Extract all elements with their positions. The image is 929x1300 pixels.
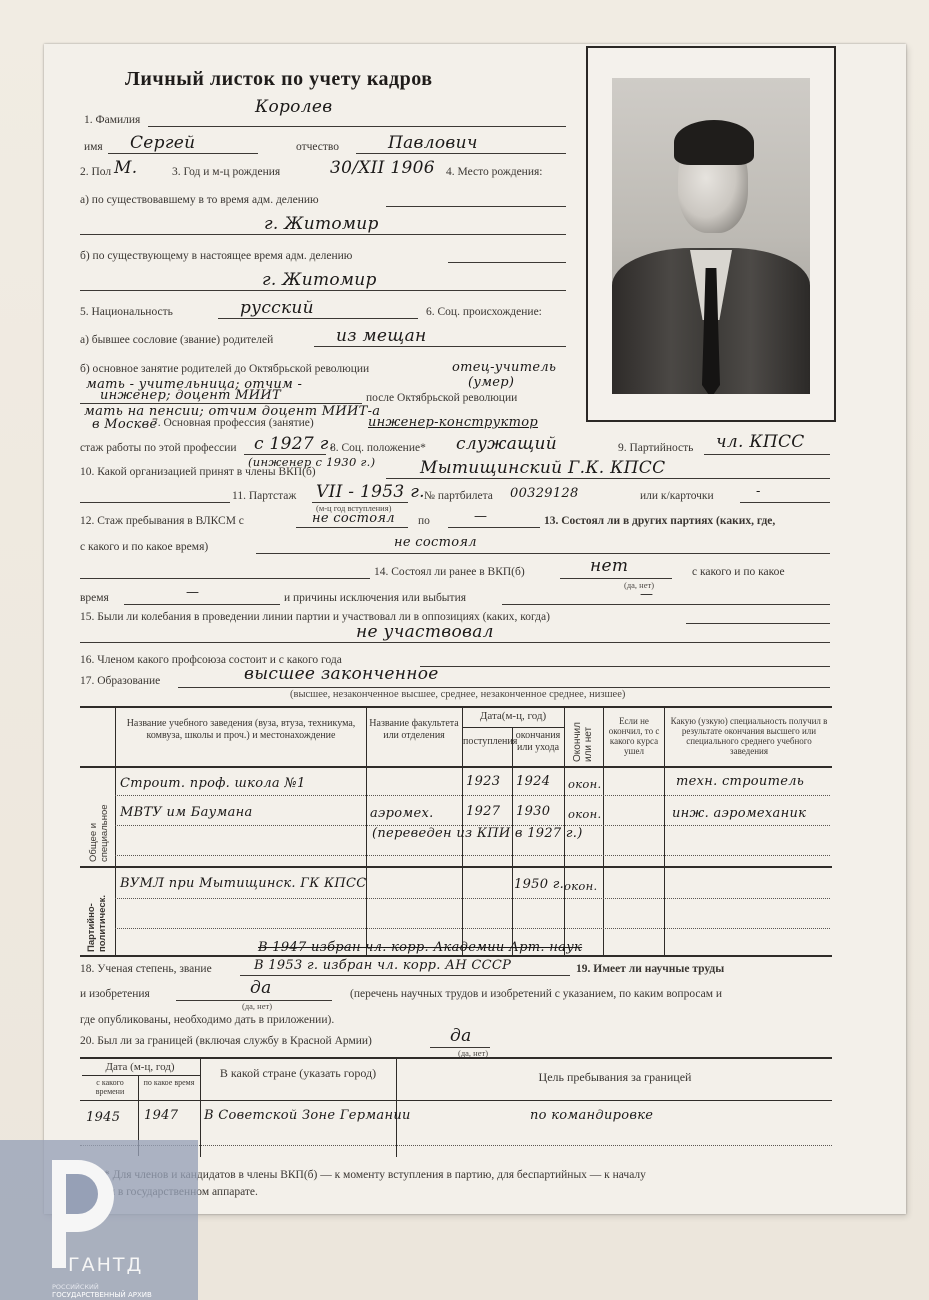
th-specialty: Какую (узкую) специальность получил в ре… xyxy=(668,716,830,756)
cell-admission: 1923 xyxy=(466,774,500,789)
party-tenure-value: VII - 1953 г. xyxy=(316,482,425,502)
portrait-photo xyxy=(612,78,810,394)
registration-card-label: или к/карточки xyxy=(640,490,714,502)
section-general-label: Общее и специальное xyxy=(88,772,110,862)
cell-faculty: аэромех. xyxy=(370,806,434,821)
logo-subtitle-2: ГОСУДАРСТВЕННЫЙ АРХИВ xyxy=(52,1291,152,1299)
time-label: время xyxy=(80,592,109,604)
other-parties-label-2: с какого и по какое время) xyxy=(80,541,208,553)
archive-watermark-logo: ГАНТД РОССИЙСКИЙ ГОСУДАРСТВЕННЫЙ АРХИВ xyxy=(0,1140,198,1300)
parents-occupation-value-1b: (умер) xyxy=(468,375,514,390)
birthdate-label: 3. Год и м-ц рождения xyxy=(172,166,280,178)
cell-graduation: 1950 г. xyxy=(514,877,564,892)
cell-purpose: по командировке xyxy=(530,1108,653,1123)
abroad-value: да xyxy=(450,1026,472,1046)
komsomol-to-label: по xyxy=(418,515,430,527)
exclusion-value: — xyxy=(640,587,653,602)
cell-graduation: 1924 xyxy=(516,774,550,789)
th-abroad-purpose: Цель пребывания за границей xyxy=(400,1072,830,1084)
inventions-label: и изобретения xyxy=(80,988,150,1000)
komsomol-label: 12. Стаж пребывания в ВЛКСМ с xyxy=(80,515,244,527)
cell-institution: ВУМЛ при Мытищинск. ГК КПСС xyxy=(120,876,367,891)
social-status-label: 8. Соц. положение* xyxy=(330,442,426,454)
section-party-label: Партийно-политическ. xyxy=(86,872,108,952)
th-finished: Окончил или нет xyxy=(572,712,594,762)
birthplace-new-value: г. Житомир xyxy=(262,270,377,290)
scientific-works-value: да xyxy=(250,978,272,998)
patronymic-label: отчество xyxy=(296,141,339,153)
th-course-left: Если не окончил, то с какого курса ушел xyxy=(604,716,664,756)
social-status-value: служащий xyxy=(456,434,557,454)
academic-degree-value-1: В 1947 избран чл. корр. Академии Арт. на… xyxy=(258,940,582,955)
th-date-group: Дата(м-ц, год) xyxy=(464,711,562,723)
sex-value: М. xyxy=(114,158,137,178)
birthdate-value: 30/XII 1906 xyxy=(330,158,435,178)
education-value: высшее законченное xyxy=(244,664,439,684)
scientific-works-note-2: где опубликованы, необходимо дать в прил… xyxy=(80,1014,334,1026)
scientific-works-caption: (да, нет) xyxy=(242,1001,272,1011)
document-title: Личный листок по учету кадров xyxy=(125,68,433,91)
registration-card-value: - xyxy=(756,484,761,499)
other-parties-label: 13. Состоял ли в других партиях (каких, … xyxy=(544,515,775,527)
birthplace-old-value: г. Житомир xyxy=(264,214,379,234)
nationality-value: русский xyxy=(240,298,314,318)
other-parties-value: не состоял xyxy=(394,535,477,550)
patronymic-value: Павлович xyxy=(388,133,478,153)
party-card-label: № партбилета xyxy=(424,490,493,502)
cell-graduation: 1930 xyxy=(516,804,550,819)
sex-label: 2. Пол xyxy=(80,166,111,178)
logo-brand-text: ГАНТД xyxy=(68,1254,143,1276)
logo-subtitle-1: РОССИЙСКИЙ xyxy=(52,1283,99,1291)
surname-label: 1. Фамилия xyxy=(84,114,140,126)
cell-institution: МВТУ им Баумана xyxy=(120,805,253,820)
parents-occupation-label: б) основное занятие родителей до Октябрь… xyxy=(80,363,369,375)
education-label: 17. Образование xyxy=(80,675,160,687)
name-value: Сергей xyxy=(130,133,195,153)
experience-value: с 1927 г. xyxy=(254,434,334,454)
abroad-label: 20. Был ли за границей (включая службу в… xyxy=(80,1035,372,1047)
th-faculty: Название факультета или отделения xyxy=(368,718,460,741)
cell-admission: 1927 xyxy=(466,804,500,819)
birthplace-old-label: а) по существовавшему в то время адм. де… xyxy=(80,194,319,206)
party-card-value: 00329128 xyxy=(510,486,579,501)
since-when-label: с какого и по какое xyxy=(692,566,785,578)
surname-value: Королев xyxy=(255,97,332,117)
party-membership-label: 9. Партийность xyxy=(618,442,693,454)
cell-specialty: техн. строитель xyxy=(676,774,804,789)
th-abroad-country: В какой стране (указать город) xyxy=(202,1066,394,1080)
cell-finished: окон. xyxy=(568,807,601,821)
birthplace-new-label: б) по существующему в настоящее время ад… xyxy=(80,250,352,262)
social-origin-label: 6. Соц. происхождение: xyxy=(426,306,542,318)
party-membership-value: чл. КПСС xyxy=(716,432,805,452)
exclusion-label: и причины исключения или выбытия xyxy=(284,592,466,604)
experience-label: стаж работы по этой профессии xyxy=(80,442,237,454)
th-abroad-date: Дата (м-ц, год) xyxy=(82,1062,198,1074)
profession-label: 7. Основная профессия (занятие) xyxy=(152,417,314,429)
party-tenure-label: 11. Партстаж xyxy=(232,490,296,502)
scientific-works-note: (перечень научных трудов и изобретений с… xyxy=(350,988,722,1000)
profession-value: инженер-конструктор xyxy=(368,415,538,430)
th-institution: Название учебного заведения (вуза, втуза… xyxy=(118,718,364,741)
education-caption: (высшее, незаконченное высшее, среднее, … xyxy=(290,689,625,700)
academic-degree-value-2: В 1953 г. избран чл. корр. АН СССР xyxy=(254,958,511,973)
party-admission-org-label: 10. Какой организацией принят в члены ВК… xyxy=(80,466,316,478)
party-admission-org-value: Мытищинский Г.К. КПСС xyxy=(420,458,665,478)
parents-estate-value: из мещан xyxy=(336,326,427,346)
cell-finished: окон. xyxy=(564,879,597,893)
previous-membership-label: 14. Состоял ли ранее в ВКП(б) xyxy=(374,566,525,578)
komsomol-value: не состоял xyxy=(312,511,395,526)
parents-estate-label: а) бывшее сословие (звание) родителей xyxy=(80,334,273,346)
scientific-works-label: 19. Имеет ли научные труды xyxy=(576,963,724,975)
cell-finished: окон. xyxy=(568,777,601,791)
name-label: имя xyxy=(84,141,103,153)
parents-occupation-value-3: инженер; доцент МИИТ xyxy=(100,388,281,403)
th-graduation: окончания или ухода xyxy=(513,730,563,753)
cell-to: 1947 xyxy=(144,1108,178,1123)
parents-occupation-value-5: в Москве xyxy=(92,417,158,432)
birthplace-label: 4. Место рождения: xyxy=(446,166,542,178)
cell-from: 1945 xyxy=(86,1110,120,1125)
cell-faculty: (переведен из КПИ в 1927 г.) xyxy=(372,826,583,841)
th-abroad-from: с какого времени xyxy=(82,1078,138,1096)
opposition-value: не участвовал xyxy=(356,622,494,642)
academic-degree-label: 18. Ученая степень, звание xyxy=(80,963,212,975)
komsomol-to-value: — xyxy=(474,509,487,524)
th-admission: поступления xyxy=(463,736,511,748)
cell-specialty: инж. аэромеханик xyxy=(672,806,806,821)
time-value: — xyxy=(186,585,199,600)
th-abroad-to: по какое время xyxy=(140,1078,198,1087)
parents-occupation-value-1: отец-учитель xyxy=(452,360,556,375)
cell-country: В Советской Зоне Германии xyxy=(204,1108,411,1123)
previous-membership-value: нет xyxy=(590,556,628,576)
nationality-label: 5. Национальность xyxy=(80,306,173,318)
cell-institution: Строит. проф. школа №1 xyxy=(120,776,306,791)
after-revolution-label: после Октябрьской революции xyxy=(366,392,517,404)
